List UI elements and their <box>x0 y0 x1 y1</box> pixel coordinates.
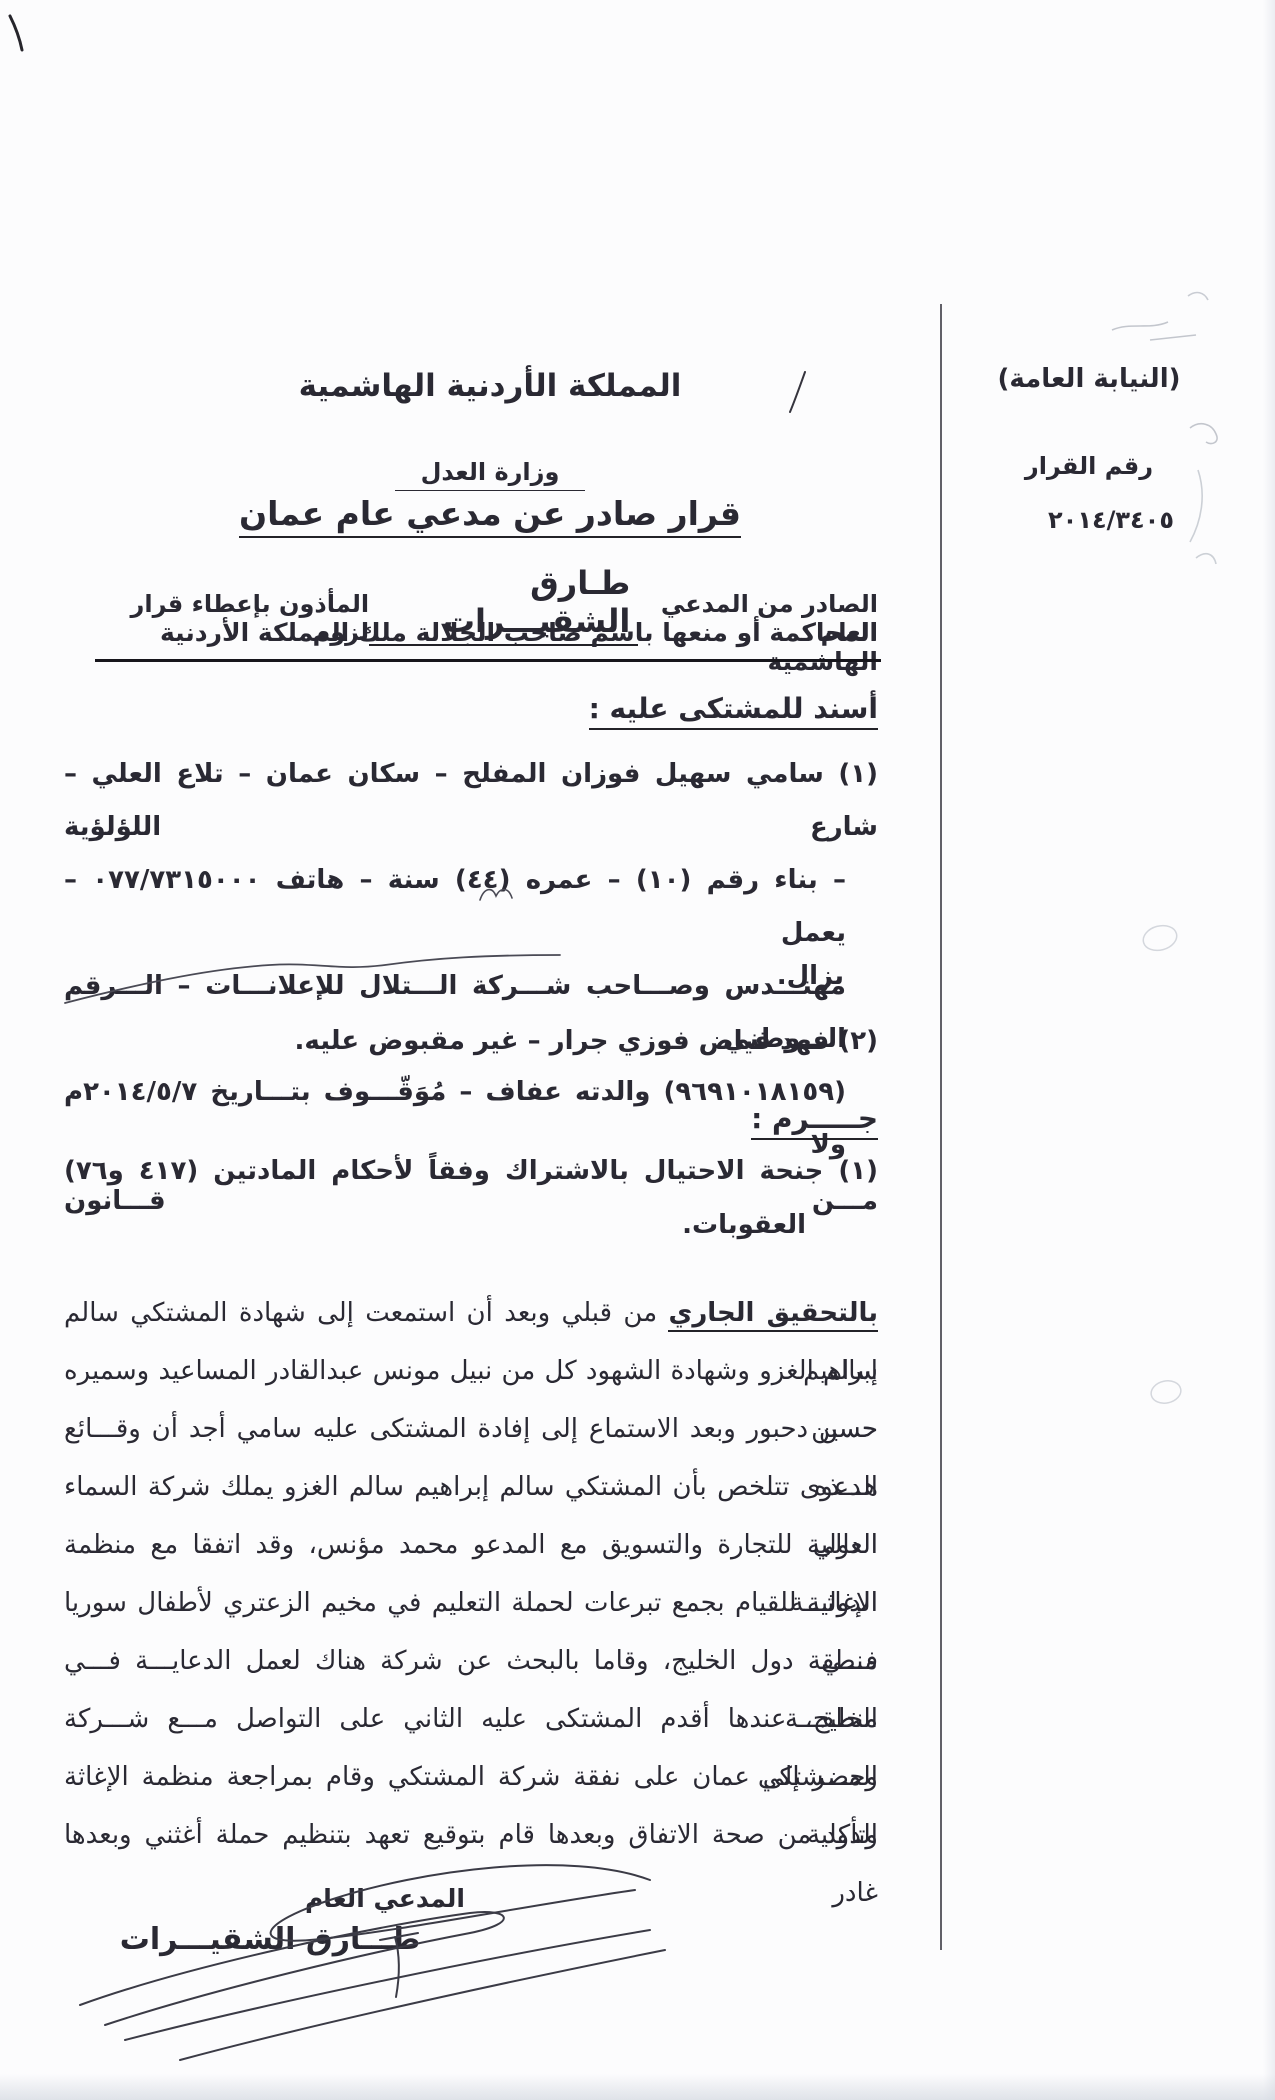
document-title: قرار صادر عن مدعي عام عمان <box>60 494 920 538</box>
investigation-line9: وحضر إلى عمان على نفقة شركة المشتكي وقام… <box>64 1748 878 1806</box>
accused-heading-text: أسند للمشتكى عليه : <box>589 692 878 730</box>
accused-item1-line2: – بناء رقم (١٠) – عمره (٤٤) سنة – هاتف ٠… <box>64 854 878 960</box>
authority-label: (النيابة العامة) <box>953 364 1225 394</box>
investigation-line6: الدولية للقيام بجمع تبرعات لحملة التعليم… <box>64 1574 878 1632</box>
investigation-line5: الدولية للتجارة والتسويق مع المدعو محمد … <box>64 1516 878 1574</box>
investigation-lead: بالتحقيق الجاري <box>668 1298 878 1332</box>
decision-number-label: رقم القرار <box>953 452 1225 480</box>
investigation-line1: بالتحقيق الجاري من قبلي وبعد أن استمعت إ… <box>64 1284 878 1342</box>
crime-line1: (١) جنحة الاحتيال بالاشتراك وفقاً لأحكام… <box>64 1156 878 1216</box>
ministry-text: وزارة العدل <box>395 458 586 491</box>
scan-edge-right <box>1263 0 1275 2100</box>
accused-item-2: (٢) فهد فياض فوزي جرار – غير مقبوض عليه. <box>64 1026 878 1056</box>
investigation-line4: الدعوى تتلخص بأن المشتكي سالم إبراهيم سا… <box>64 1458 878 1516</box>
scanned-decision-page: (النيابة العامة) رقم القرار ٢٠١٤/٣٤٠٥ ال… <box>0 0 1275 2100</box>
accused-section-heading: أسند للمشتكى عليه : <box>60 692 878 730</box>
investigation-line3: حسن دحبور وبعد الاستماع إلى إفادة المشتك… <box>64 1400 878 1458</box>
decision-number-value: ٢٠١٤/٣٤٠٥ <box>975 506 1247 534</box>
investigation-line8: الخليج، عندها أقدم المشتكى عليه الثاني ع… <box>64 1690 878 1748</box>
investigation-line10: وتأكد من صحة الاتفاق وبعدها قام بتوقيع ت… <box>64 1806 878 1864</box>
margin-divider-line <box>940 304 942 1950</box>
accused-item1-line5: يزال. <box>64 961 878 991</box>
crime-section-heading: جـــــرم : <box>60 1102 878 1140</box>
ministry-title: وزارة العدل <box>60 458 920 491</box>
investigation-line7: منطقة دول الخليج، وقاما بالبحث عن شركة ه… <box>64 1632 878 1690</box>
document-title-text: قرار صادر عن مدعي عام عمان <box>239 494 741 538</box>
investigation-paragraph: بالتحقيق الجاري من قبلي وبعد أن استمعت إ… <box>64 1284 878 1864</box>
accused-item1-line1: (١) سامي سهيل فوزان المفلح – سكان عمان –… <box>64 748 878 854</box>
signature-title: المدعي العام <box>260 1884 510 1913</box>
kingdom-title: المملكة الأردنية الهاشمية <box>60 368 920 404</box>
crime-heading-text: جـــــرم : <box>751 1102 878 1140</box>
signature-name: طـــارق الشقيـــرات <box>105 1922 435 1957</box>
corner-mark <box>10 16 22 50</box>
scan-edge-bottom <box>0 2074 1275 2100</box>
header-rule <box>95 659 881 662</box>
crime-line2: العقوبات. <box>64 1210 878 1240</box>
investigation-line2: سالم الغزو وشهادة الشهود كل من نبيل مونس… <box>64 1342 878 1400</box>
issued-by-line2: المحاكمة أو منعها باسم صاحب الجلالة ملك … <box>60 618 878 676</box>
